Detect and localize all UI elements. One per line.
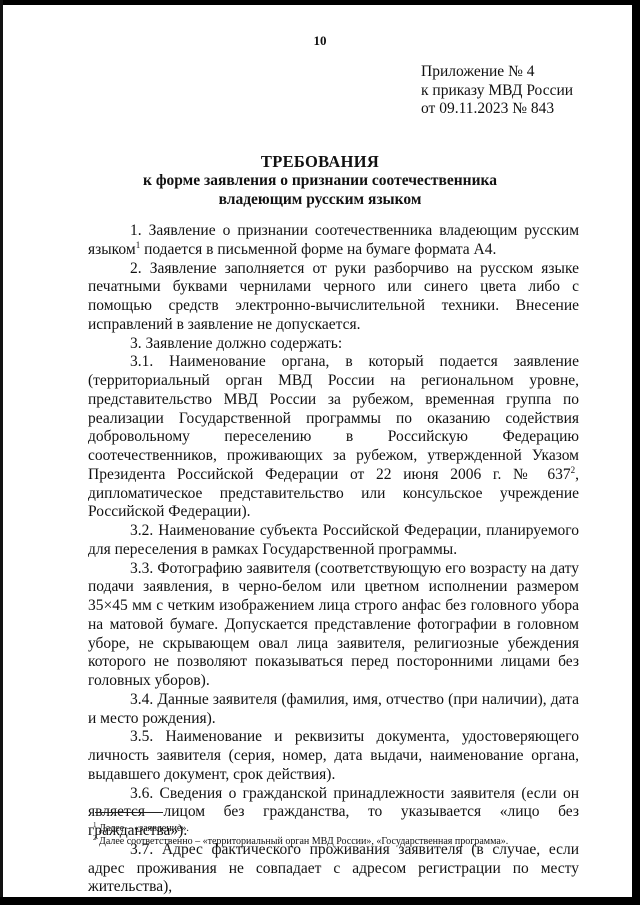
appendix-number: Приложение № 4 bbox=[421, 63, 573, 82]
paragraph-3-2: 3.2. Наименование субъекта Российской Фе… bbox=[88, 522, 579, 560]
page-number: 10 bbox=[0, 33, 640, 49]
title-main: ТРЕБОВАНИЯ bbox=[0, 152, 640, 171]
paragraph-3-7: 3.7. Адрес фактического проживания заяви… bbox=[88, 841, 579, 897]
appendix-date: от 09.11.2023 № 843 bbox=[421, 100, 573, 119]
title-subtitle-1: к форме заявления о признании соотечеств… bbox=[0, 171, 640, 190]
title-subtitle-2: владеющим русским языком bbox=[0, 190, 640, 209]
paragraph-3-5: 3.5. Наименование и реквизиты документа,… bbox=[88, 728, 579, 784]
document-body: 1. Заявление о признании соотечественник… bbox=[88, 222, 579, 897]
footnote-1-text: Далее – «заявление». bbox=[97, 823, 189, 834]
paragraph-3-1-text: 3.1. Наименование органа, в который пода… bbox=[88, 353, 579, 483]
paragraph-1: 1. Заявление о признании соотечественник… bbox=[88, 222, 579, 260]
appendix-order: к приказу МВД России bbox=[421, 82, 573, 101]
appendix-header: Приложение № 4 к приказу МВД России от 0… bbox=[421, 63, 573, 119]
scan-border-top bbox=[0, 0, 640, 5]
paragraph-2: 2. Заявление заполняется от руки разборч… bbox=[88, 260, 579, 335]
paragraph-3: 3. Заявление должно содержать: bbox=[88, 335, 579, 354]
footnote-1: 1 Далее – «заявление». bbox=[93, 822, 508, 835]
paragraph-1-text-cont: подается в письменной форме на бумаге фо… bbox=[140, 241, 496, 258]
paragraph-3-1: 3.1. Наименование органа, в который пода… bbox=[88, 353, 579, 522]
paragraph-3-4: 3.4. Данные заявителя (фамилия, имя, отч… bbox=[88, 691, 579, 729]
document-title: ТРЕБОВАНИЯ к форме заявления о признании… bbox=[0, 152, 640, 209]
paragraph-3-3: 3.3. Фотографию заявителя (соответствующ… bbox=[88, 560, 579, 691]
footnote-2: 2 Далее соответственно – «территориальны… bbox=[93, 835, 508, 848]
footnote-2-text: Далее соответственно – «территориальный … bbox=[97, 836, 509, 847]
scan-border-left bbox=[0, 0, 3, 905]
scan-border-bottom bbox=[0, 897, 640, 905]
footnote-separator bbox=[95, 812, 163, 813]
scan-border-right bbox=[632, 0, 640, 905]
footnotes: 1 Далее – «заявление». 2 Далее соответст… bbox=[93, 822, 508, 848]
